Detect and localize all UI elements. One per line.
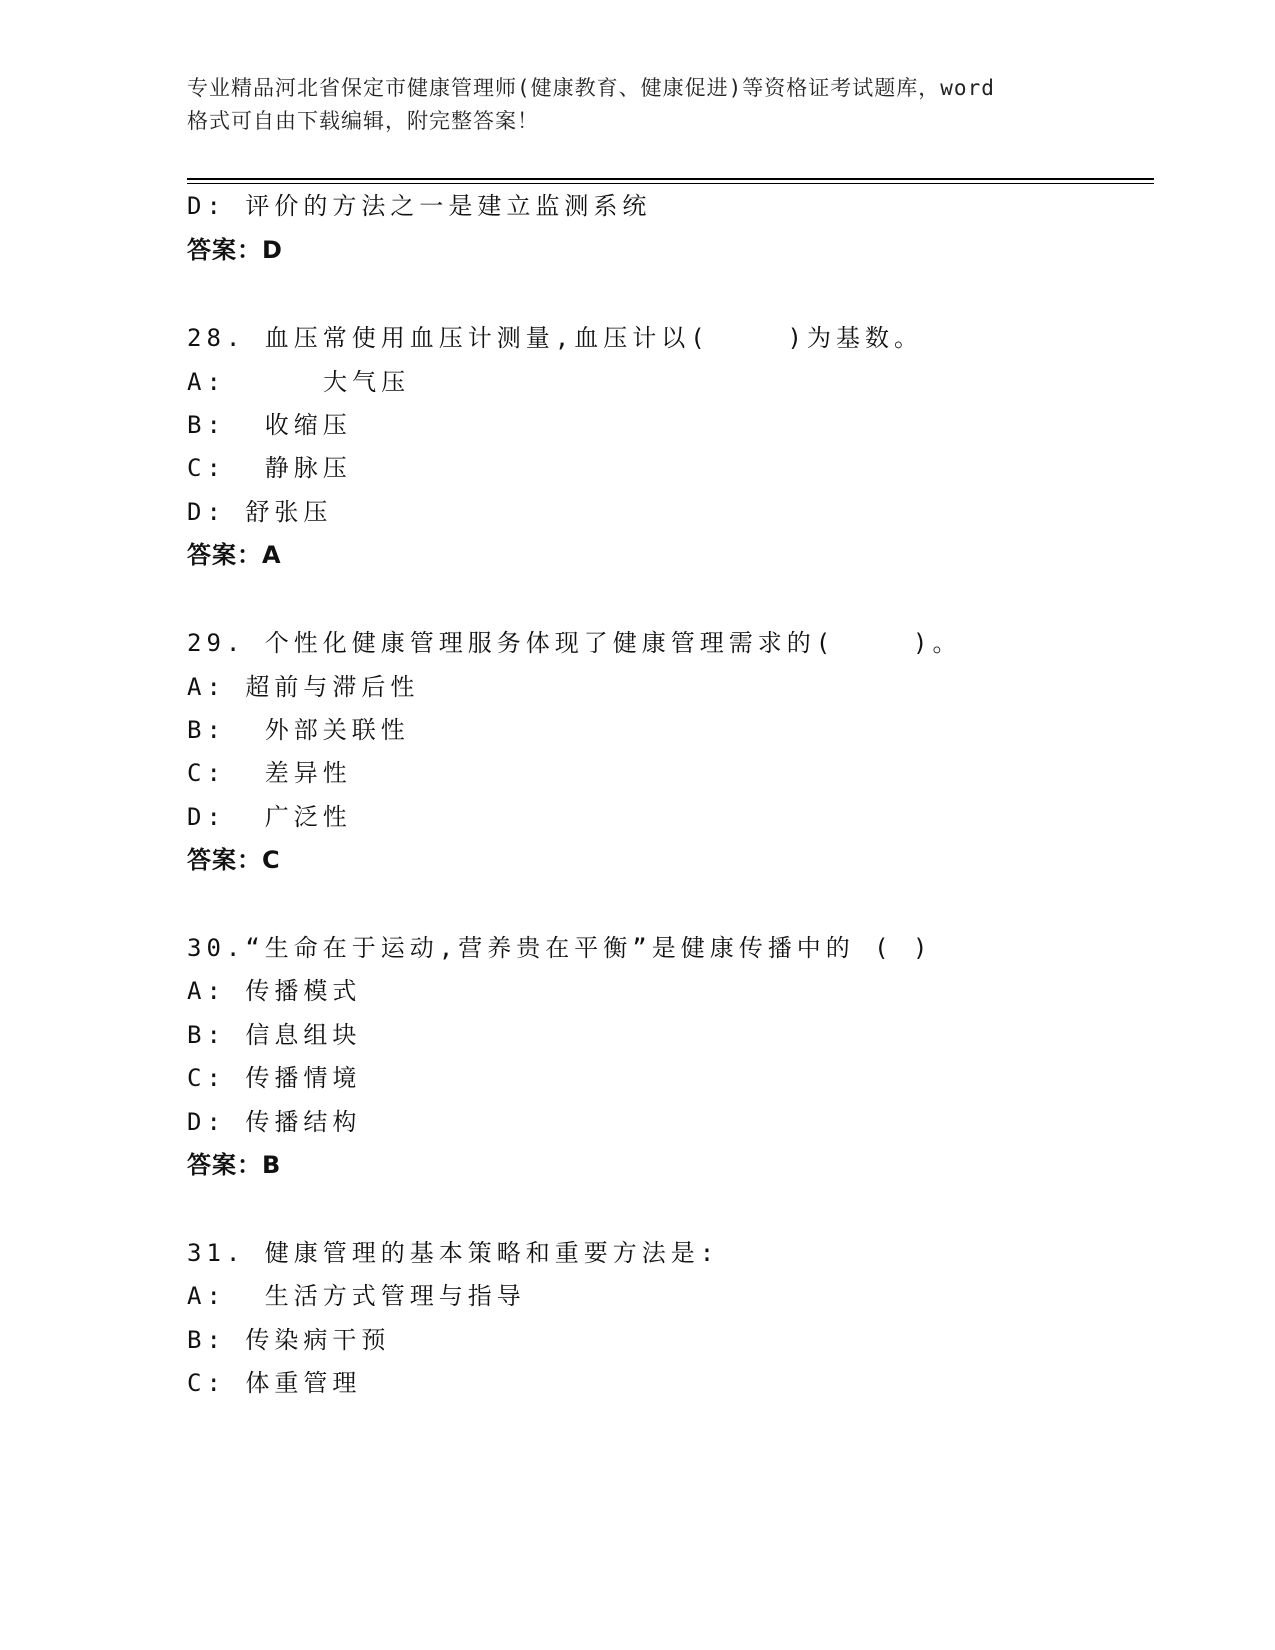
question-29-option-d: D: 广泛性	[187, 797, 352, 832]
header-divider-thick	[187, 178, 1154, 180]
question-28-answer: 答案：A	[187, 535, 282, 570]
question-31-option-b: B: 传染病干预	[187, 1320, 390, 1355]
question-30-option-a: A: 传播模式	[187, 971, 361, 1006]
header-line-1: 专业精品河北省保定市健康管理师(健康教育、健康促进)等资格证考试题库，word	[187, 72, 1087, 105]
question-29-option-a: A: 超前与滞后性	[187, 667, 419, 702]
question-28-option-a: A: 大气压	[187, 362, 410, 397]
question-28-stem: 28. 血压常使用血压计测量,血压计以( )为基数。	[187, 318, 923, 353]
question-28-option-d: D: 舒张压	[187, 492, 332, 527]
question-30-option-b: B: 信息组块	[187, 1015, 361, 1050]
question-30-stem: 30.“生命在于运动,营养贵在平衡”是健康传播中的 ( )	[187, 928, 933, 963]
prev-option-d: D: 评价的方法之一是建立监测系统	[187, 186, 651, 221]
document-header: 专业精品河北省保定市健康管理师(健康教育、健康促进)等资格证考试题库，word …	[187, 72, 1087, 138]
question-29-option-c: C: 差异性	[187, 753, 352, 788]
question-28-option-b: B: 收缩压	[187, 405, 352, 440]
question-29-option-b: B: 外部关联性	[187, 710, 410, 745]
question-31-option-c: C: 体重管理	[187, 1363, 361, 1398]
prev-answer: 答案：D	[187, 230, 283, 265]
question-28-option-c: C: 静脉压	[187, 448, 352, 483]
question-30-option-d: D: 传播结构	[187, 1102, 361, 1137]
question-31-option-a: A: 生活方式管理与指导	[187, 1276, 526, 1311]
header-divider-thin	[187, 183, 1154, 184]
question-29-stem: 29. 个性化健康管理服务体现了健康管理需求的( )。	[187, 623, 962, 658]
header-line-2: 格式可自由下载编辑，附完整答案！	[187, 105, 1087, 138]
question-29-answer: 答案：C	[187, 840, 281, 875]
question-30-option-c: C: 传播情境	[187, 1058, 361, 1093]
question-30-answer: 答案：B	[187, 1145, 281, 1180]
question-31-stem: 31. 健康管理的基本策略和重要方法是:	[187, 1233, 719, 1268]
